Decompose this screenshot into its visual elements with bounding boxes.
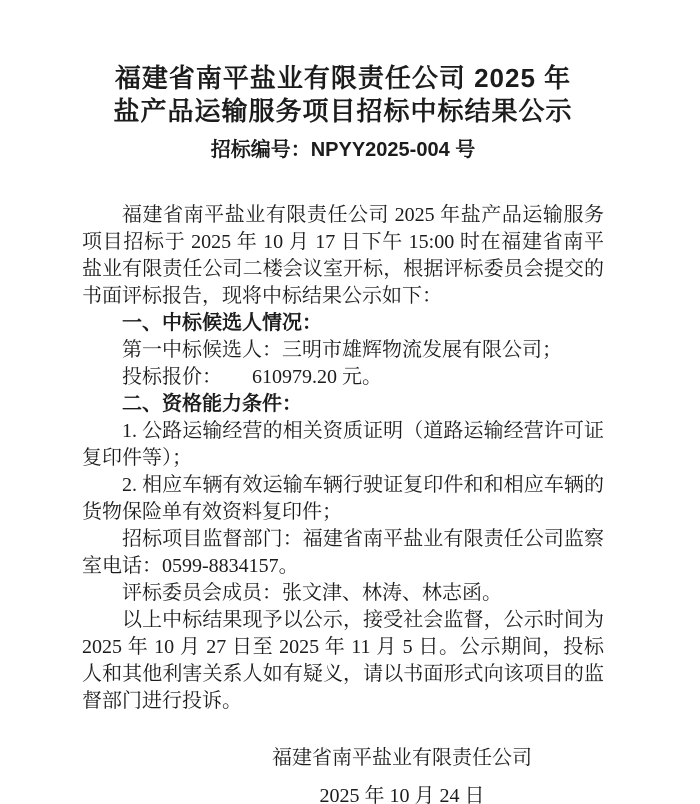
signature-date: 2025 年 10 月 24 日: [272, 781, 532, 804]
document-body: 福建省南平盐业有限责任公司 2025 年盐产品运输服务项目招标于 2025 年 …: [82, 202, 604, 715]
document-title-line1: 福建省南平盐业有限责任公司 2025 年: [82, 62, 604, 95]
paragraph-bid-price: 投标报价： 610979.20 元。: [82, 364, 604, 391]
document-title-line2: 盐产品运输服务项目招标中标结果公示: [82, 95, 604, 128]
signature-company: 福建省南平盐业有限责任公司: [272, 743, 532, 773]
document-title: 福建省南平盐业有限责任公司 2025 年 盐产品运输服务项目招标中标结果公示: [82, 62, 604, 128]
section-heading-candidates: 一、中标候选人情况：: [82, 310, 604, 337]
paragraph-qualification-2: 2. 相应车辆有效运输车辆行驶证复印件和和相应车辆的货物保险单有效资料复印件；: [82, 472, 604, 526]
document-page: 福建省南平盐业有限责任公司 2025 年 盐产品运输服务项目招标中标结果公示 招…: [0, 0, 700, 804]
paragraph-intro: 福建省南平盐业有限责任公司 2025 年盐产品运输服务项目招标于 2025 年 …: [82, 202, 604, 310]
paragraph-publicity-notice: 以上中标结果现予以公示，接受社会监督，公示时间为 2025 年 10 月 27 …: [82, 607, 604, 715]
section-heading-qualifications: 二、资格能力条件：: [82, 391, 604, 418]
signature-block: 福建省南平盐业有限责任公司 2025 年 10 月 24 日: [272, 743, 532, 804]
paragraph-supervision-contact: 招标项目监督部门：福建省南平盐业有限责任公司监察室电话：0599-8834157…: [82, 526, 604, 580]
paragraph-committee-members: 评标委员会成员：张文津、林涛、林志函。: [82, 580, 604, 607]
paragraph-qualification-1: 1. 公路运输经营的相关资质证明（道路运输经营许可证复印件等）；: [82, 418, 604, 472]
bid-number: 招标编号：NPYY2025-004 号: [82, 138, 604, 162]
paragraph-first-candidate: 第一中标候选人：三明市雄辉物流发展有限公司；: [82, 337, 604, 364]
